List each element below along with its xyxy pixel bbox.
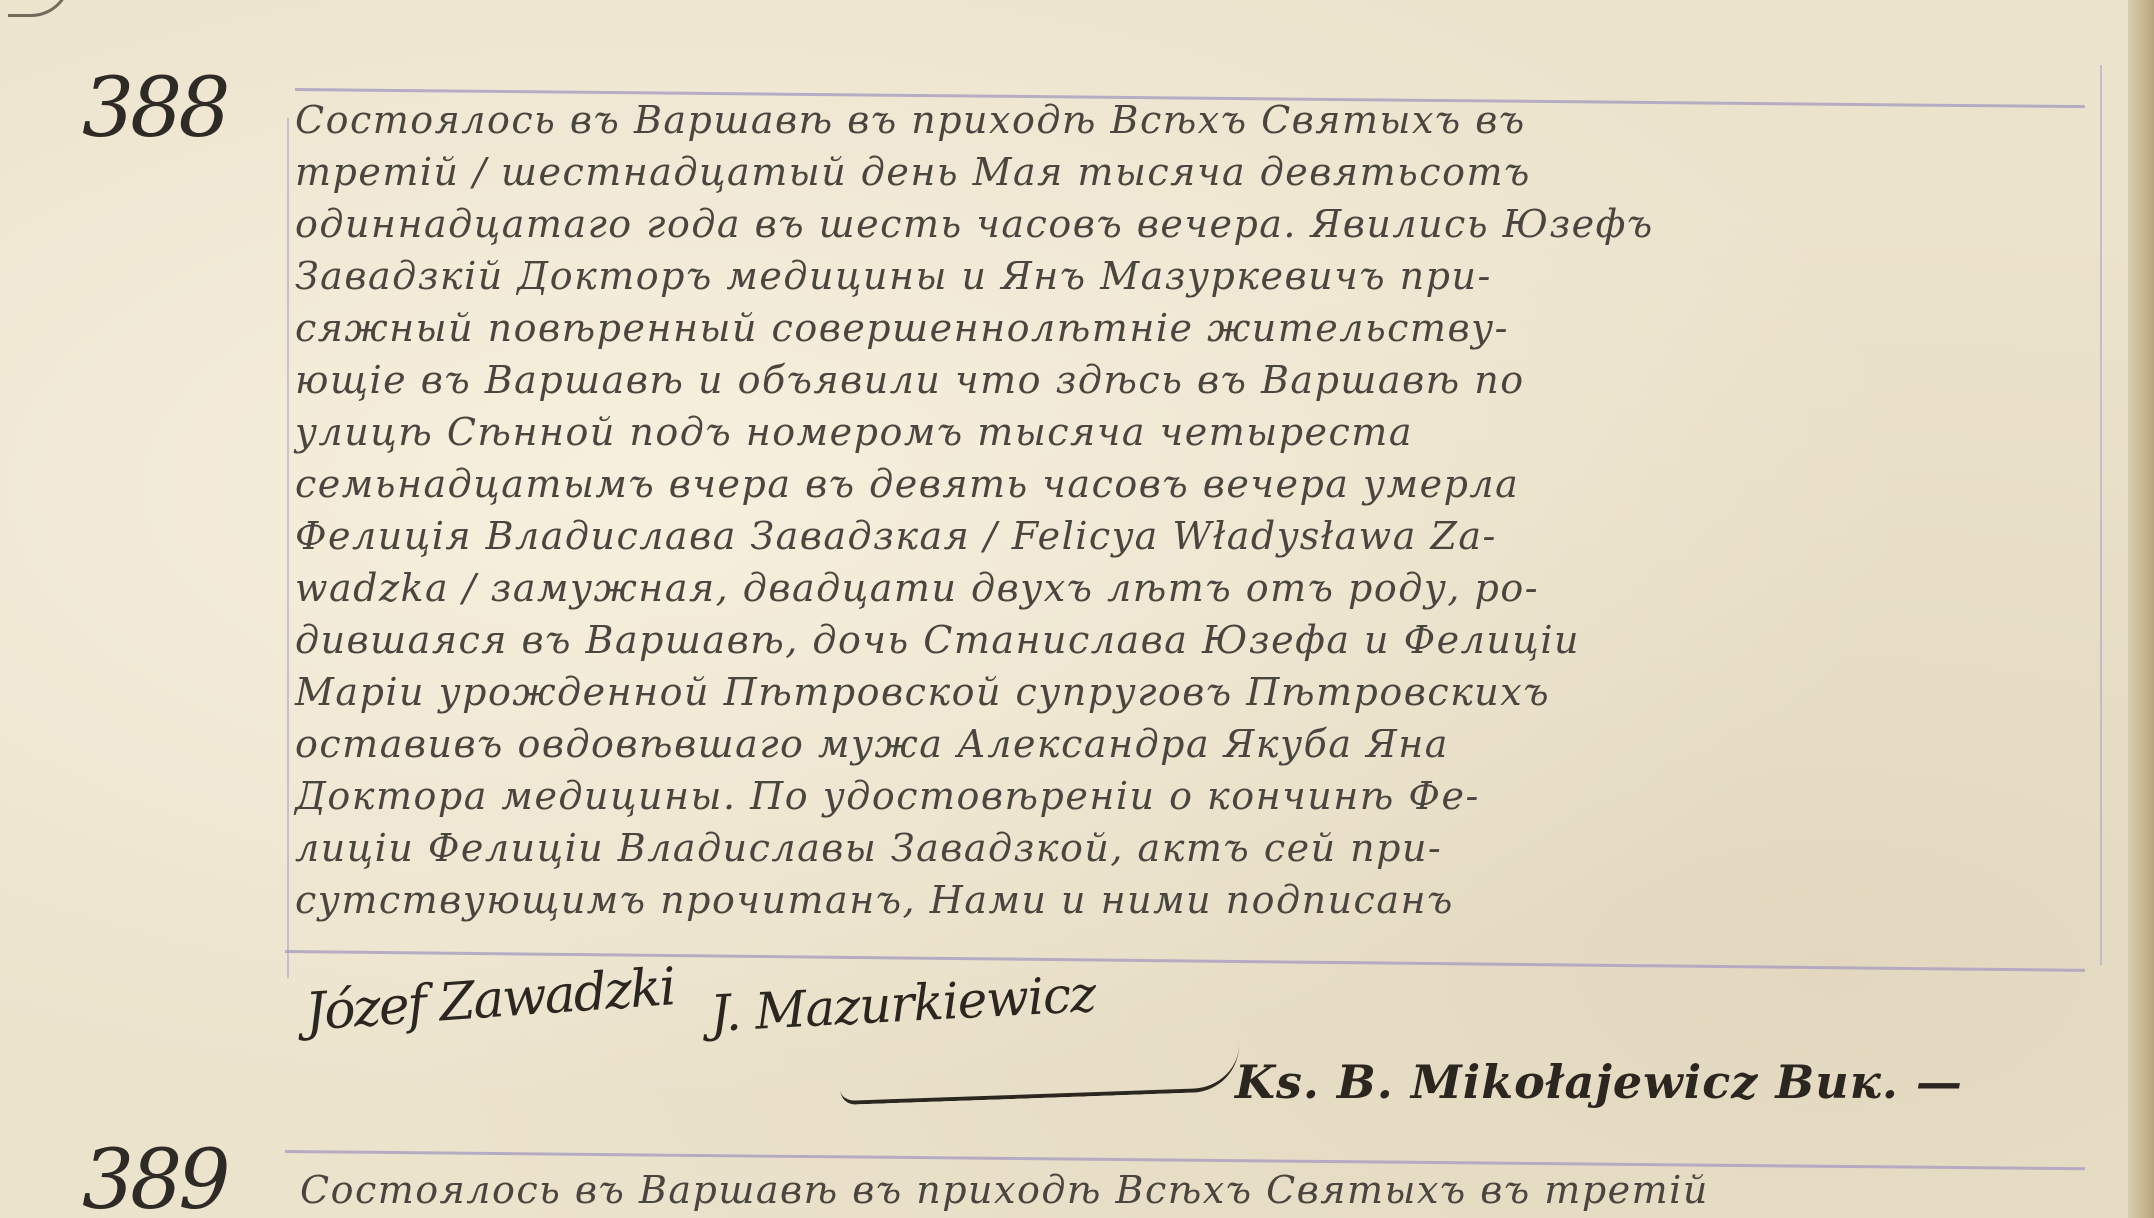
page-binding-edge [2128, 0, 2154, 1218]
record-line: Доктора медицины. По удостовѣреніи о кон… [295, 774, 1480, 818]
record-line: третій / шестнадцатый день Мая тысяча де… [295, 150, 1531, 194]
record-line: улицѣ Сѣнной подъ номеромъ тысяча четыре… [295, 410, 1413, 454]
signature-officiant: Ks. B. Mikołajewicz Вик. — [1235, 1055, 1963, 1109]
right-margin-line [2100, 65, 2102, 965]
record-line: Маріи урожденной Пѣтровской супруговъ Пѣ… [295, 670, 1550, 714]
record-line: Состоялось въ Варшавѣ въ приходѣ Всѣхъ С… [295, 98, 1526, 142]
record-line: сяжный повѣренный совершеннолѣтніе жител… [295, 306, 1509, 350]
left-margin-line [287, 118, 289, 978]
record-line: лиціи Фелиціи Владиславы Завадзкой, актъ… [295, 826, 1442, 870]
record-number: 388 [82, 68, 227, 150]
record-line: Состоялось въ Варшавѣ въ приходѣ Всѣхъ С… [300, 1168, 1709, 1212]
signature-flourish [839, 1043, 1240, 1105]
record-line: оставивъ овдовѣвшаго мужа Александра Яку… [295, 722, 1449, 766]
record-line: Завадзкій Докторъ медицины и Янъ Мазурке… [295, 254, 1492, 298]
record-line: дившаяся въ Варшавѣ, дочь Станислава Юзе… [295, 618, 1580, 662]
signature-declarant-1: Józef Zawadzki [303, 957, 676, 1043]
record-line: семьнадцатымъ вчера въ девять часовъ веч… [295, 462, 1519, 506]
record-line: ющіе въ Варшавѣ и объявили что здѣсь въ … [295, 358, 1525, 402]
record-number: 389 [82, 1140, 227, 1218]
signatures-block: Józef Zawadzki J. Mazurkiewicz Ks. B. Mi… [300, 930, 2100, 1110]
record-line: wadzka / замужная, двадцати двухъ лѣтъ о… [295, 566, 1539, 610]
signature-declarant-2: J. Mazurkiewicz [709, 965, 1097, 1043]
record-line: одиннадцатаго года въ шесть часовъ вечер… [295, 202, 1654, 246]
previous-signature-stroke [8, 0, 71, 17]
record-line: сутствующимъ прочитанъ, Нами и ними подп… [295, 878, 1454, 922]
record-line: Фелиція Владислава Завадзкая / Felicya W… [295, 514, 1497, 558]
